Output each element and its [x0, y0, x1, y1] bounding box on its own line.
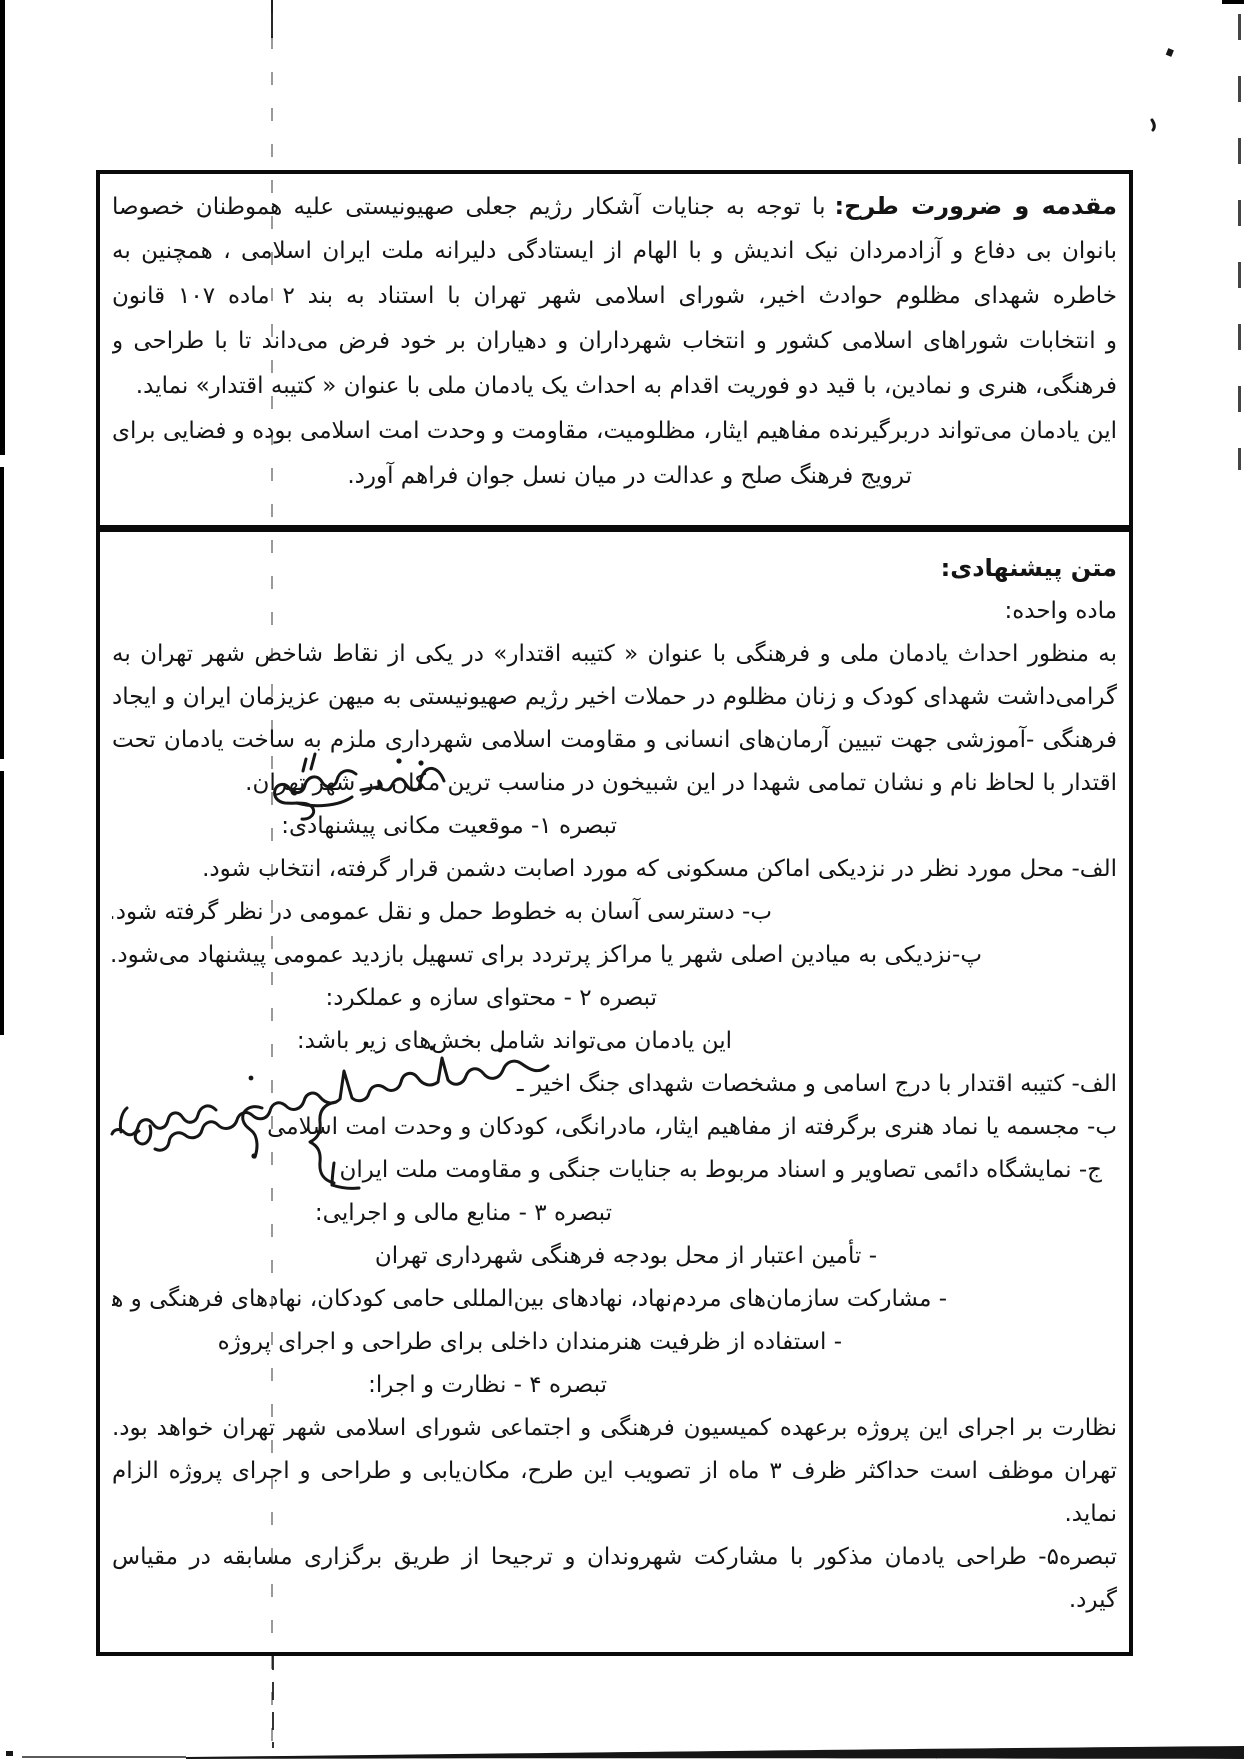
text-line: تبصره ۲ - محتوای سازه و عملکرد:: [112, 977, 657, 1020]
text-line: - مشارکت سازمان‌های مردم‌نهاد، نهادهای ب…: [112, 1278, 947, 1321]
text-line: نظارت بر اجرای این پروژه برعهده کمیسیون …: [112, 1407, 1117, 1450]
text-line: ترویج فرهنگ صلح و عدالت در میان نسل جوان…: [112, 454, 912, 499]
text-line: پ-نزدیکی به میادین اصلی شهر یا مراکز پرت…: [112, 934, 982, 977]
text-line: تهران موظف است حداکثر ظرف ۳ ماه از تصویب…: [112, 1450, 1117, 1493]
text-line: - تأمین اعتبار از محل بودجه فرهنگی شهردا…: [112, 1235, 877, 1278]
fold-dash-line-top: [271, 0, 273, 38]
proposal-title: متن پیشنهادی:: [112, 547, 1117, 590]
scan-edge-left: [0, 467, 4, 759]
ink-specks: [1152, 48, 1174, 130]
text-line: تبصره ۱- موقعیت مکانی پیشنهادی:: [112, 805, 617, 848]
intro-lead-label: مقدمه و ضرورت طرح:: [834, 192, 1117, 220]
text-line: گرامی‌داشت شهدای کودک و زنان مظلوم در حم…: [112, 676, 1117, 719]
text-line: اقتدار با لحاظ نام و نشان تمامی شهدا در …: [112, 762, 1117, 805]
text-line: فرهنگی -آموزشی جهت تبیین آرمان‌های انسان…: [112, 719, 1117, 762]
bottom-scan-bar: [6, 1746, 1244, 1759]
scan-corner-mark: [1222, 0, 1244, 4]
text-line: این یادمان می‌تواند دربرگیرنده مفاهیم ای…: [112, 409, 1117, 454]
text-line: - استفاده از ظرفیت هنرمندان داخلی برای ط…: [112, 1321, 842, 1364]
scan-edge-left: [0, 771, 4, 1035]
scan-edge-left: [0, 0, 5, 455]
text-line: تبصره ۴ - نظارت و اجرا:: [112, 1364, 607, 1407]
text-line: این یادمان می‌تواند شامل بخش‌های زیر باش…: [112, 1020, 732, 1063]
text-line: نماید.: [112, 1493, 1117, 1536]
text-line: تبصره۵- طراحی یادمان مذکور با مشارکت شهر…: [112, 1536, 1117, 1579]
scan-edge-right-dashes: [1238, 14, 1241, 470]
proposal-box-content: متن پیشنهادی: ماده واحده: به منظور احداث…: [100, 532, 1129, 1622]
text-line: و انتخابات شوراهای اسلامی کشور و انتخاب …: [112, 319, 1117, 364]
fold-dash-line-bottom: [272, 1652, 274, 1748]
scanned-document-page: مقدمه و ضرورت طرح:با توجه به جنایات آشکا…: [0, 0, 1244, 1760]
proposal-box: متن پیشنهادی: ماده واحده: به منظور احداث…: [96, 528, 1133, 1656]
text-line: ماده واحده:: [112, 590, 1117, 633]
text-line: بانوان بی دفاع و آزادمردان نیک اندیش و ب…: [112, 229, 1117, 274]
text-line: مقدمه و ضرورت طرح:با توجه به جنایات آشکا…: [112, 184, 1117, 229]
text-line: الف- کتیبه اقتدار با درج اسامی و مشخصات …: [112, 1063, 1117, 1106]
text-line: ب- مجسمه یا نماد هنری برگرفته از مفاهیم …: [112, 1106, 1117, 1149]
text-line: به منظور احداث یادمان ملی و فرهنگی با عن…: [112, 633, 1117, 676]
text-line: ج- نمایشگاه دائمی تصاویر و اسناد مربوط ب…: [112, 1149, 1102, 1192]
text-line: گیرد.: [112, 1579, 1117, 1622]
text-line: تبصره ۳ - منابع مالی و اجرایی:: [112, 1192, 612, 1235]
intro-box-content: مقدمه و ضرورت طرح:با توجه به جنایات آشکا…: [100, 174, 1129, 499]
text-line: خاطره شهدای مظلوم حوادث اخیر، شورای اسلا…: [112, 274, 1117, 319]
text-line: الف- محل مورد نظر در نزدیکی اماکن مسکونی…: [112, 848, 1117, 891]
text-line: فرهنگی، هنری و نمادین، با قید دو فوریت ا…: [112, 364, 1117, 409]
text-line: ب- دسترسی آسان به خطوط حمل و نقل عمومی د…: [112, 891, 772, 934]
intro-box: مقدمه و ضرورت طرح:با توجه به جنایات آشکا…: [96, 170, 1133, 528]
